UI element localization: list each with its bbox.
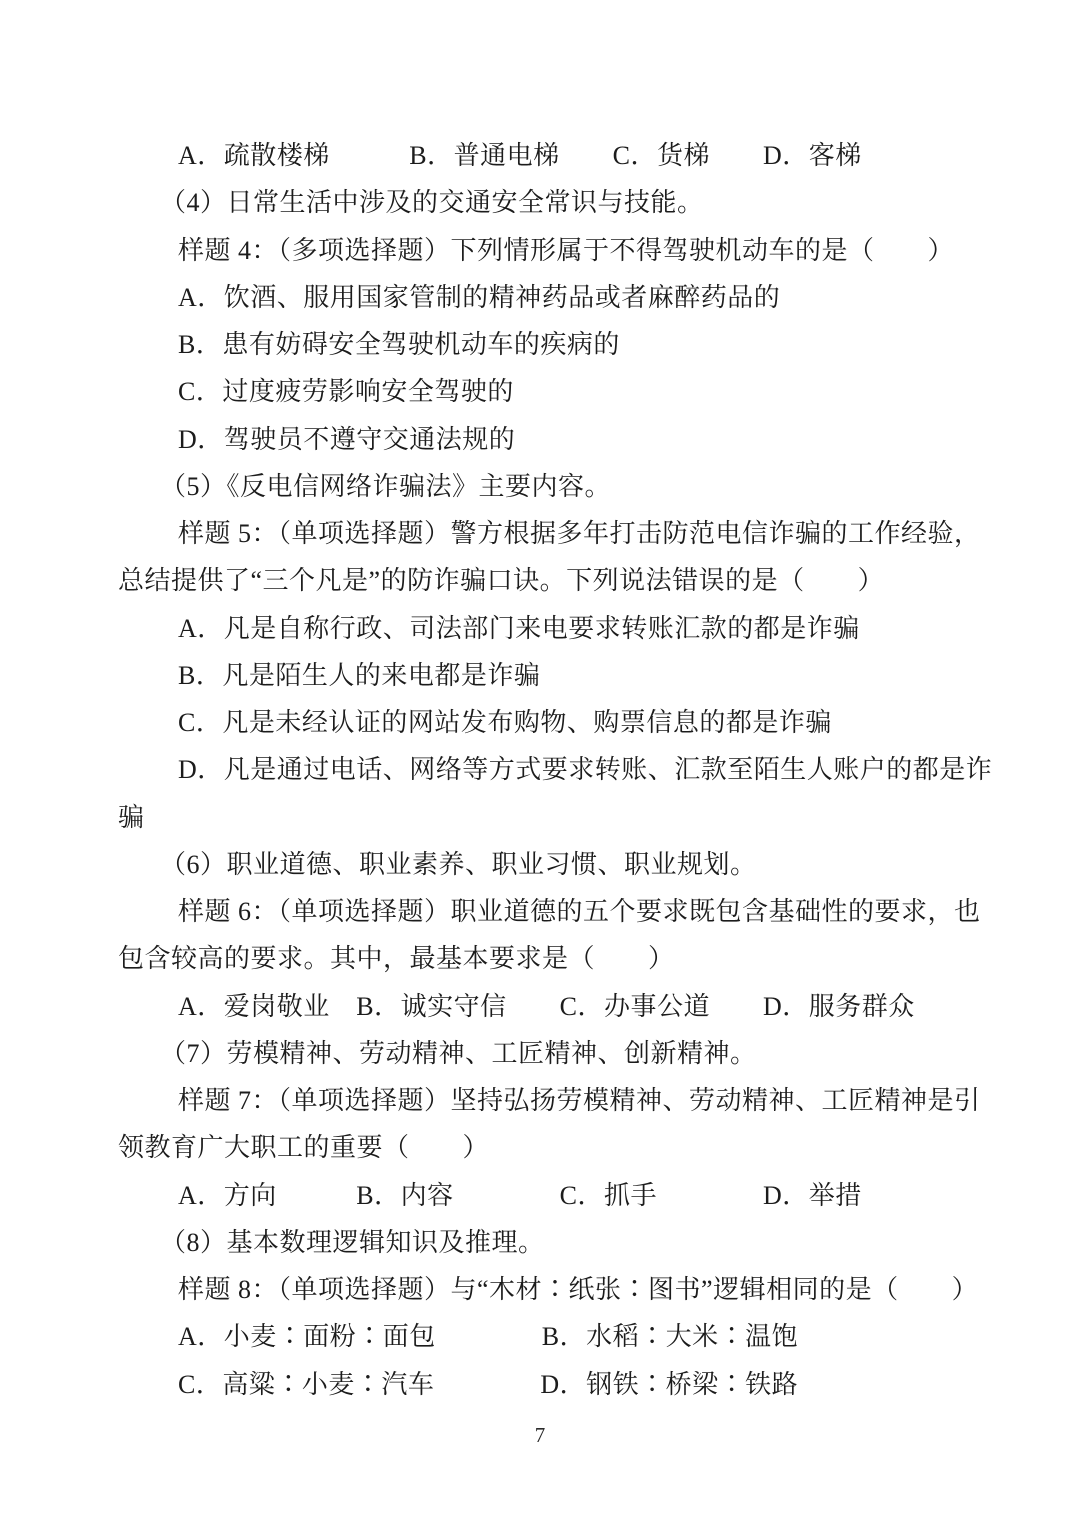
option-row-sample-7: A．方向 B．内容 C．抓手 D．举措	[118, 1172, 990, 1219]
option-d-sample-4: D．驾驶员不遵守交通法规的	[118, 416, 990, 463]
option-d-sample-5-continued: 骗	[118, 794, 990, 841]
option-a-sample-5: A．凡是自称行政、司法部门来电要求转账汇款的都是诈骗	[118, 605, 990, 652]
question-sample-6-continued: 包含较高的要求。其中，最基本要求是（ ）	[118, 935, 990, 982]
section-item-4: （4）日常生活中涉及的交通安全常识与技能。	[118, 179, 990, 226]
document-page: A．疏散楼梯 B．普通电梯 C．货梯 D．客梯 （4）日常生活中涉及的交通安全常…	[0, 0, 1080, 1527]
question-sample-5: 样题 5：（单项选择题）警方根据多年打击防范电信诈骗的工作经验，	[118, 510, 990, 557]
option-row-ab-sample-8: A．小麦∶面粉∶面包 B．水稻∶大米∶温饱	[118, 1313, 990, 1360]
option-row-previous-question: A．疏散楼梯 B．普通电梯 C．货梯 D．客梯	[118, 132, 990, 179]
option-b-sample-5: B．凡是陌生人的来电都是诈骗	[118, 652, 990, 699]
question-sample-6: 样题 6：（单项选择题）职业道德的五个要求既包含基础性的要求，也	[118, 888, 990, 935]
option-row-cd-sample-8: C．高粱∶小麦∶汽车 D．钢铁∶桥梁∶铁路	[118, 1361, 990, 1408]
section-item-7: （7）劳模精神、劳动精神、工匠精神、创新精神。	[118, 1030, 990, 1077]
question-sample-7-continued: 领教育广大职工的重要（ ）	[118, 1124, 990, 1171]
option-row-sample-6: A．爱岗敬业 B．诚实守信 C．办事公道 D．服务群众	[118, 983, 990, 1030]
option-c-sample-5: C．凡是未经认证的网站发布购物、购票信息的都是诈骗	[118, 699, 990, 746]
option-a-sample-4: A．饮酒、服用国家管制的精神药品或者麻醉药品的	[118, 274, 990, 321]
question-sample-8: 样题 8：（单项选择题）与“木材∶纸张∶图书”逻辑相同的是（ ）	[118, 1266, 990, 1313]
section-item-6: （6）职业道德、职业素养、职业习惯、职业规划。	[118, 841, 990, 888]
page-number: 7	[0, 1420, 1080, 1450]
section-item-8: （8）基本数理逻辑知识及推理。	[118, 1219, 990, 1266]
question-sample-5-continued: 总结提供了“三个凡是”的防诈骗口诀。下列说法错误的是（ ）	[118, 557, 990, 604]
option-b-sample-4: B．患有妨碍安全驾驶机动车的疾病的	[118, 321, 990, 368]
option-c-sample-4: C．过度疲劳影响安全驾驶的	[118, 368, 990, 415]
section-item-5: （5）《反电信网络诈骗法》主要内容。	[118, 463, 990, 510]
option-d-sample-5: D．凡是通过电话、网络等方式要求转账、汇款至陌生人账户的都是诈	[118, 746, 990, 793]
question-sample-4: 样题 4：（多项选择题）下列情形属于不得驾驶机动车的是（ ）	[118, 227, 990, 274]
document-body: A．疏散楼梯 B．普通电梯 C．货梯 D．客梯 （4）日常生活中涉及的交通安全常…	[118, 132, 990, 1408]
question-sample-7: 样题 7：（单项选择题）坚持弘扬劳模精神、劳动精神、工匠精神是引	[118, 1077, 990, 1124]
